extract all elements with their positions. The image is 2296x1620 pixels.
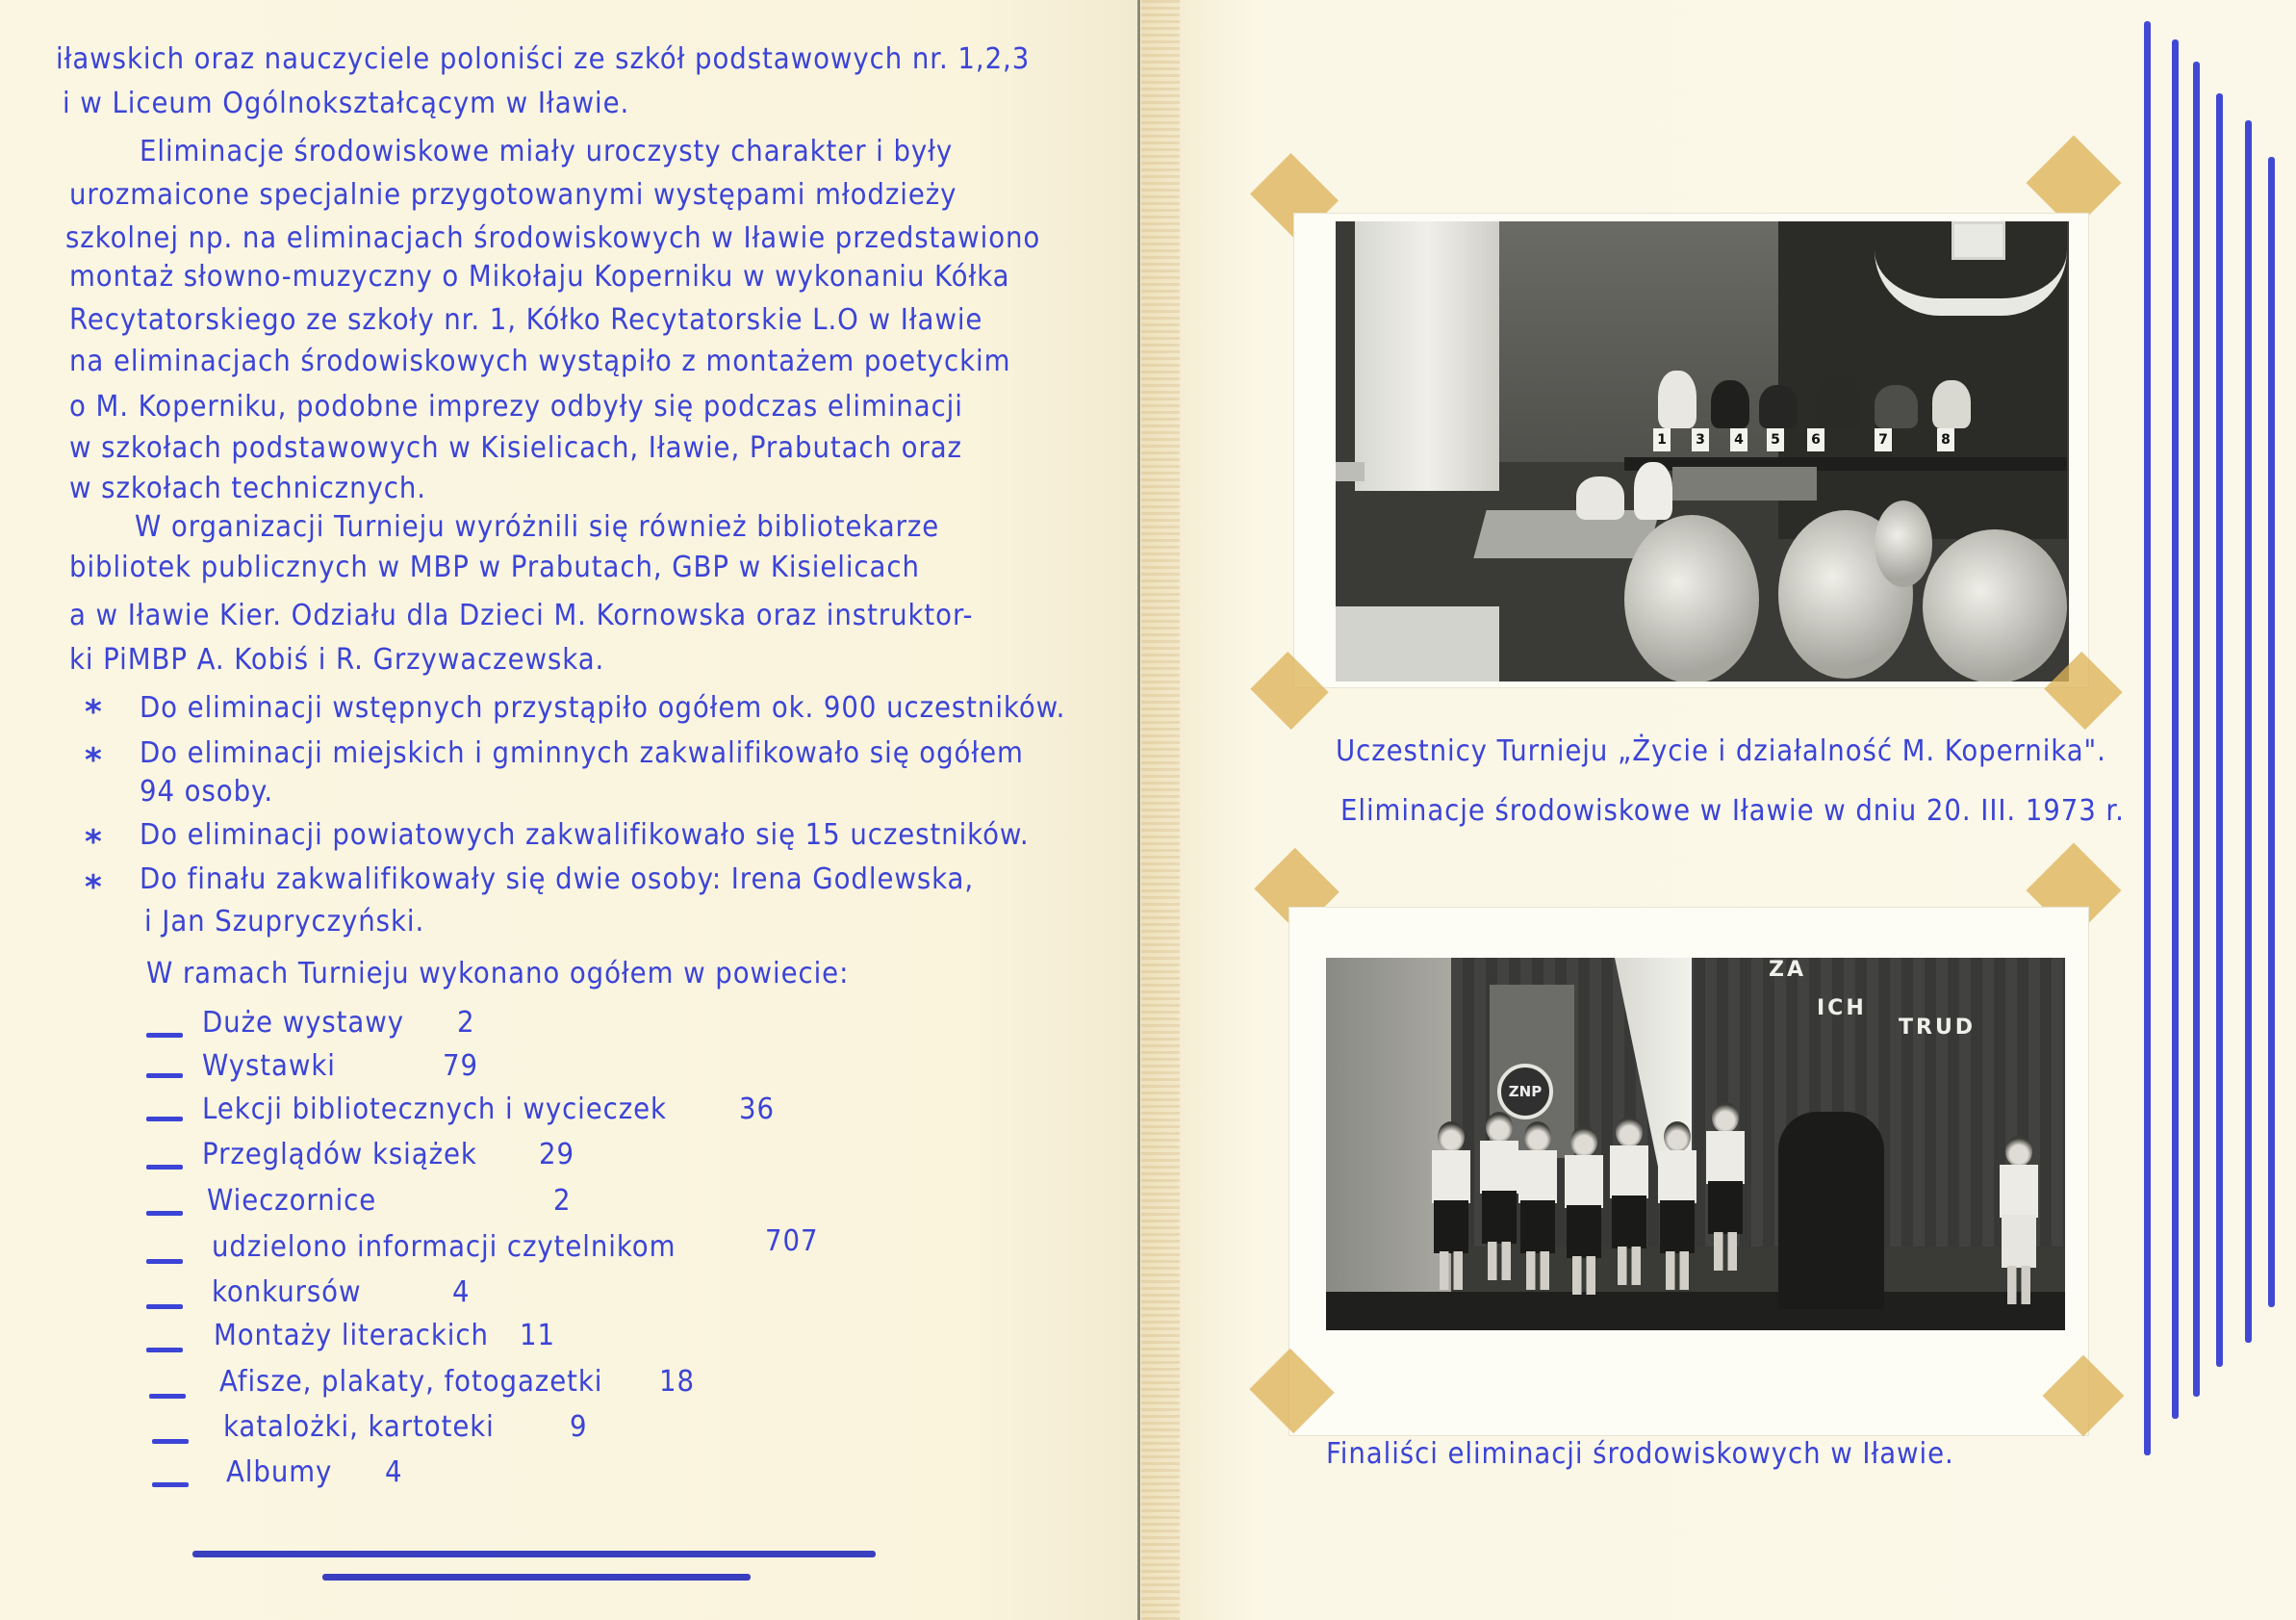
stage-floor: [1326, 1292, 2065, 1330]
table-number: 5: [1767, 428, 1784, 451]
summary-label: Duże wystawy: [202, 1006, 404, 1040]
summary-label: Wystawki: [202, 1049, 336, 1083]
text-line: iławskich oraz nauczyciele poloniści ze …: [56, 42, 1030, 76]
decorative-vertical-line: [2172, 39, 2179, 1419]
decorative-vertical-line: [2193, 62, 2200, 1397]
dash-icon: [152, 1439, 189, 1444]
summary-label: Lekcji bibliotecznych i wycieczek: [202, 1093, 667, 1126]
participant: [1875, 385, 1918, 428]
banner-word: ICH: [1817, 996, 1867, 1020]
conductor: [1778, 1112, 1884, 1309]
summary-value: 29: [539, 1138, 574, 1171]
dash-icon: [146, 1211, 183, 1216]
participant: [1759, 385, 1798, 428]
banner-word: TRUD: [1899, 1016, 1976, 1040]
text-line: na eliminacjach środowiskowych wystąpiło…: [69, 345, 1010, 378]
summary-intro: W ramach Turnieju wykonano ogółem w powi…: [146, 957, 849, 990]
desk: [1336, 606, 1499, 681]
audience-head: [1923, 529, 2067, 681]
bullet-text: Do eliminacji miejskich i gminnych zakwa…: [140, 736, 1024, 770]
summary-label: Przeglądów książek: [202, 1138, 477, 1171]
summary-value: 4: [452, 1275, 470, 1309]
gutter-stain: [1141, 0, 1180, 1620]
desk: [1672, 467, 1817, 501]
asterisk-bullet-icon: *: [85, 868, 102, 907]
text-line: a w Iławie Kier. Odziału dla Dzieci M. K…: [69, 599, 973, 632]
asterisk-bullet-icon: *: [85, 823, 102, 861]
dash-icon: [152, 1482, 189, 1487]
participant: [1932, 380, 1971, 428]
dash-icon: [146, 1165, 183, 1170]
text-line: Recytatorskiego ze szkoły nr. 1, Kółko R…: [69, 303, 982, 337]
decorative-vertical-line: [2268, 157, 2275, 1307]
text-line: ki PiMBP A. Kobiś i R. Grzywaczewska.: [69, 643, 604, 677]
table-number: 3: [1692, 428, 1709, 451]
audience-member: [1576, 476, 1624, 520]
text-line: W organizacji Turnieju wyróżnili się rów…: [135, 510, 939, 544]
decorative-vertical-line: [2216, 93, 2223, 1367]
dash-icon: [146, 1033, 183, 1038]
dash-icon: [146, 1073, 183, 1078]
photo-frame-2: ZNP ZA ICH TRUD: [1289, 908, 2088, 1435]
caption-photo-1-line-2: Eliminacje środowiskowe w Iławie w dniu …: [1340, 794, 2125, 828]
text-line: i w Liceum Ogólnokształcącym w Iławie.: [63, 87, 629, 120]
summary-label: udzielono informacji czytelnikom: [212, 1230, 676, 1264]
caption-photo-1-line-1: Uczestnicy Turnieju „Życie i działalność…: [1336, 734, 2106, 768]
summary-value: 79: [443, 1049, 478, 1083]
table-number: 1: [1653, 428, 1671, 451]
end-rule-short: [322, 1574, 751, 1581]
caption-photo-2: Finaliści eliminacji środowiskowych w Ił…: [1326, 1437, 1954, 1471]
table-number: 6: [1807, 428, 1824, 451]
text-line: Eliminacje środowiskowe miały uroczysty …: [140, 135, 953, 168]
dash-icon: [149, 1394, 186, 1399]
table-number: 8: [1937, 428, 1954, 451]
text-line: szkolnej np. na eliminacjach środowiskow…: [65, 221, 1040, 255]
participant: [1658, 371, 1696, 428]
summary-value: 2: [457, 1006, 474, 1040]
bullet-text: Do eliminacji wstępnych przystąpiło ogół…: [140, 691, 1065, 725]
audience-head: [1875, 501, 1932, 587]
dash-icon: [146, 1117, 183, 1121]
text-line: bibliotek publicznych w MBP w Prabutach,…: [69, 551, 920, 584]
dash-icon: [146, 1304, 183, 1309]
bullet-text: i Jan Szupryczyński.: [144, 905, 424, 939]
dash-icon: [146, 1348, 183, 1352]
dash-icon: [146, 1259, 183, 1264]
summary-label: Wieczornice: [207, 1184, 376, 1218]
summary-value: 18: [659, 1365, 695, 1399]
end-rule-long: [192, 1551, 876, 1557]
wall: [1326, 958, 1451, 1330]
participant: [1817, 375, 1860, 428]
banner-word: ZA: [1769, 958, 1806, 982]
text-line: w szkołach technicznych.: [69, 472, 426, 505]
bullet-text: Do finału zakwalifikowały się dwie osoby…: [140, 862, 974, 896]
table-number: 4: [1730, 428, 1748, 451]
summary-label: katalożki, kartoteki: [223, 1410, 495, 1444]
photo-tournament-participants[interactable]: 1 3 4 5 6 7 8: [1336, 221, 2069, 681]
znp-logo: ZNP: [1497, 1064, 1553, 1119]
asterisk-bullet-icon: *: [85, 741, 102, 780]
audience-member: [1634, 462, 1672, 520]
audience-head: [1624, 515, 1759, 681]
summary-label: konkursów: [212, 1275, 361, 1309]
summary-value: 9: [570, 1410, 587, 1444]
desk: [1336, 462, 1365, 481]
summary-value: 36: [739, 1093, 775, 1126]
summary-value: 4: [385, 1455, 402, 1489]
text-line: w szkołach podstawowych w Kisielicach, I…: [69, 431, 962, 465]
summary-value: 11: [520, 1319, 555, 1352]
desk: [1473, 510, 1659, 558]
left-page: iławskich oraz nauczyciele poloniści ze …: [0, 0, 1138, 1620]
bullet-text: 94 osoby.: [140, 775, 273, 809]
decorative-vertical-line: [2144, 21, 2151, 1455]
table-number: 7: [1875, 428, 1892, 451]
photo-finalists-choir[interactable]: ZNP ZA ICH TRUD: [1326, 958, 2065, 1330]
summary-label: Albumy: [226, 1455, 332, 1489]
book-gutter: [1137, 0, 1140, 1620]
text-line: urozmaicone specjalnie przygotowanymi wy…: [69, 178, 957, 212]
text-line: o M. Koperniku, podobne imprezy odbyły s…: [69, 390, 963, 424]
bullet-text: Do eliminacji powiatowych zakwalifikował…: [140, 818, 1030, 852]
summary-label: Montaży literackich: [214, 1319, 489, 1352]
photo-frame-1: 1 3 4 5 6 7 8: [1294, 214, 2088, 687]
participant: [1711, 380, 1749, 428]
decorative-vertical-line: [2245, 120, 2252, 1343]
text-line: montaż słowno-muzyczny o Mikołaju Kopern…: [69, 260, 1009, 294]
asterisk-bullet-icon: *: [85, 693, 102, 732]
summary-value: 2: [553, 1184, 571, 1218]
summary-label: Afisze, plakaty, fotogazetki: [219, 1365, 602, 1399]
window: [1355, 221, 1499, 491]
summary-value: 707: [765, 1224, 818, 1258]
